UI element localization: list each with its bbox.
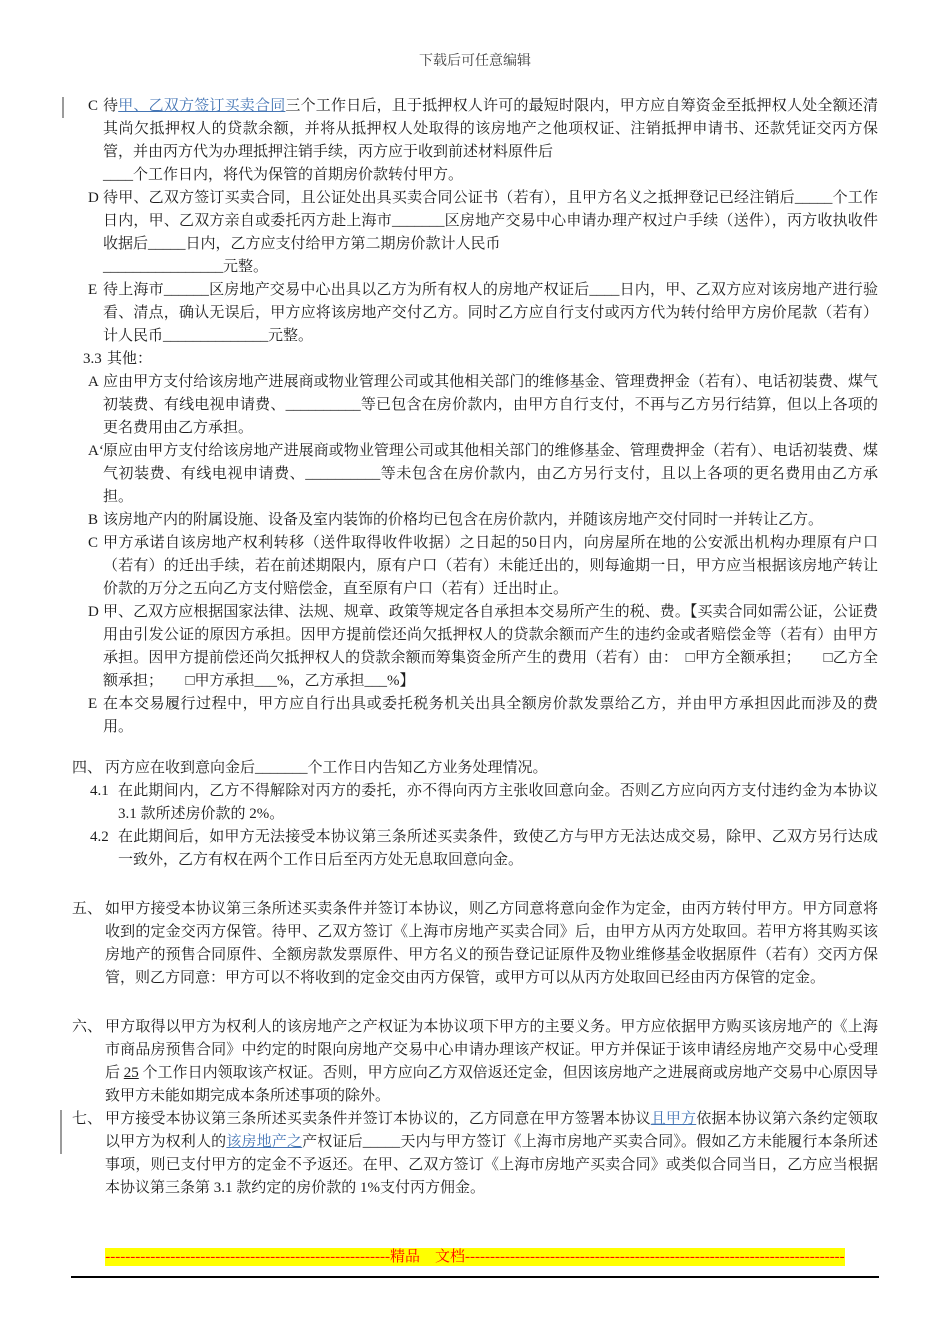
paragraph-part: ____个工作日内，将代为保管的首期房价款转付甲方。 [103,164,878,187]
clause-label: 4.1 [90,780,118,826]
section-7: 七、 甲方接受本协议第三条所述买卖条件并签订本协议的，乙方同意在甲方签署本协议且… [72,1108,878,1200]
section-label: 四、 [72,757,105,780]
clause-text: 待甲、乙双方签订买卖合同，且公证处出具买卖合同公证书（若有），且甲方名义之抵押登… [103,187,878,279]
clause-3-3-b: B 该房地产内的附属设施、设备及室内装饰的价格均已包含在房价款内，并随该房地产交… [88,509,878,532]
clause-label: 4.2 [90,826,118,872]
clause-4-1: 4.1 在此期间内，乙方不得解除对丙方的委托，亦不得向丙方主张收回意向金。否则乙… [90,780,878,826]
clause-label: C [88,95,103,187]
paragraph-part: 待甲、乙双方签订买卖合同三个工作日后，且于抵押权人许可的最短时限内，甲方应自筹资… [103,95,878,164]
text-run: 甲方承诺自该房地产权利转移（送件取得收件收据）之日起的50日内，向房屋所在地的公… [103,535,878,597]
section-text: 甲方接受本协议第三条所述买卖条件并签订本协议的，乙方同意在甲方签署本协议且甲方依… [105,1108,878,1200]
text-run: 如甲方接受本协议第三条所述买卖条件并签订本协议，则乙方同意将意向金作为定金，由丙… [105,901,878,986]
clause-3-3-heading: 3.3 其他： [83,348,878,371]
section-text: 丙方应在收到意向金后_______个工作日内告知乙方业务处理情况。 [105,757,878,780]
revision-bar [62,97,64,118]
document-content: C 待甲、乙双方签订买卖合同三个工作日后，且于抵押权人许可的最短时限内，甲方应自… [0,95,950,1200]
text-run: 在此期间内，乙方不得解除对丙方的委托，亦不得向丙方主张收回意向金。否则乙方应向丙… [118,783,878,822]
clause-label: E [88,693,103,739]
clause-text: 在此期间内，乙方不得解除对丙方的委托，亦不得向丙方主张收回意向金。否则乙方应向丙… [118,780,878,826]
revision-bar [60,1110,62,1154]
clause-3-2-d: D 待甲、乙双方签订买卖合同，且公证处出具买卖合同公证书（若有），且甲方名义之抵… [88,187,878,279]
clause-text: 原应由甲方支付给该房地产进展商或物业管理公司或其他相关部门的维修基金、管理费押金… [103,440,878,509]
section-4: 四、 丙方应在收到意向金后_______个工作日内告知乙方业务处理情况。 [72,757,878,780]
footer-dashes-left: ----------------------------------------… [105,1249,390,1265]
clause-label: B [88,509,103,532]
clause-3-2-e: E 待上海市______区房地产交易中心出具以乙方为所有权人的房地产权证后___… [88,279,878,348]
section-label: 五、 [72,898,105,990]
clause-label: 3.3 [83,348,107,371]
clause-text: 应由甲方支付给该房地产进展商或物业管理公司或其他相关部门的维修基金、管理费押金（… [103,371,878,440]
footer-dashes-right: ----------------------------------------… [465,1249,845,1265]
section-label: 七、 [72,1108,105,1200]
text-run: 原应由甲方支付给该房地产进展商或物业管理公司或其他相关部门的维修基金、管理费押金… [103,443,878,505]
section-label: 六、 [72,1016,105,1108]
section-5: 五、 如甲方接受本协议第三条所述买卖条件并签订本协议，则乙方同意将意向金作为定金… [72,898,878,990]
clause-label: E [88,279,103,348]
section-6: 六、 甲方取得以甲方为权利人的该房地产之产权证为本协议项下甲方的主要义务。甲方应… [72,1016,878,1108]
text-run-with-checkboxes: 甲、乙双方应根据国家法律、法规、规章、政策等规定各自承担本交易所产生的税、费。【… [103,604,878,689]
clause-3-3-d: D 甲、乙双方应根据国家法律、法规、规章、政策等规定各自承担本交易所产生的税、费… [88,601,878,693]
paragraph-part: ________________元整。 [103,256,878,279]
text-run: 应由甲方支付给该房地产进展商或物业管理公司或其他相关部门的维修基金、管理费押金（… [103,374,878,436]
text-run: 个工作日内领取该产权证。否则，甲方应向乙方双倍返还定金，但因该房地产之进展商或房… [105,1065,878,1104]
clause-3-3-c: C 甲方承诺自该房地产权利转移（送件取得收件收据）之日起的50日内，向房屋所在地… [88,532,878,601]
footer-label: 精品 文档 [390,1249,465,1265]
clause-label: D [88,601,103,693]
text-run: 待甲、乙双方签订买卖合同，且公证处出具买卖合同公证书（若有），且甲方名义之抵押登… [103,190,878,252]
clause-text: 待上海市______区房地产交易中心出具以乙方为所有权人的房地产权证后____日… [103,279,878,348]
clause-text: 在本交易履行过程中，甲方应自行出具或委托税务机关出具全额房价款发票给乙方，并由甲… [103,693,878,739]
clause-text: 该房地产内的附属设施、设备及室内装饰的价格均已包含在房价款内，并随该房地产交付同… [103,509,878,532]
text-run: 丙方应在收到意向金后_______个工作日内告知乙方业务处理情况。 [105,760,548,776]
clause-text: 待甲、乙双方签订买卖合同三个工作日后，且于抵押权人许可的最短时限内，甲方应自筹资… [103,95,878,187]
header-watermark: 下载后可任意编辑 [0,0,950,73]
inserted-text: 且甲方 [651,1111,696,1127]
clause-label: A [88,371,103,440]
clause-label: C [88,532,103,601]
text-run: 在本交易履行过程中，甲方应自行出具或委托税务机关出具全额房价款发票给乙方，并由甲… [103,696,878,735]
page-footer: ----------------------------------------… [0,1246,950,1268]
paragraph-part: 待甲、乙双方签订买卖合同，且公证处出具买卖合同公证书（若有），且甲方名义之抵押登… [103,187,878,256]
clause-text: 甲、乙双方应根据国家法律、法规、规章、政策等规定各自承担本交易所产生的税、费。【… [103,601,878,693]
text-run: 待上海市______区房地产交易中心出具以乙方为所有权人的房地产权证后____日… [103,282,878,344]
footer-rule [71,1276,879,1278]
underlined-text: 25 [124,1065,139,1081]
section-text: 甲方取得以甲方为权利人的该房地产之产权证为本协议项下甲方的主要义务。甲方应依据甲… [105,1016,878,1108]
inserted-text: 该房地产之 [226,1134,302,1150]
clause-3-3-a-alt: A‘ 原应由甲方支付给该房地产进展商或物业管理公司或其他相关部门的维修基金、管理… [88,440,878,509]
text-run: ________________元整。 [103,259,268,275]
clause-4-2: 4.2 在此期间后，如甲方无法接受本协议第三条所述买卖条件，致使乙方与甲方无法达… [90,826,878,872]
clause-3-2-c: C 待甲、乙双方签订买卖合同三个工作日后，且于抵押权人许可的最短时限内，甲方应自… [88,95,878,187]
text-run: 其他： [107,351,152,367]
text-run: 该房地产内的附属设施、设备及室内装饰的价格均已包含在房价款内，并随该房地产交付同… [103,512,823,528]
clause-label: D [88,187,103,279]
clause-label: A‘ [88,440,103,509]
inserted-text: 甲、乙双方签订买卖合同 [118,98,285,114]
clause-text: 在此期间后，如甲方无法接受本协议第三条所述买卖条件，致使乙方与甲方无法达成交易，… [118,826,878,872]
footer-highlight: ----------------------------------------… [105,1248,844,1266]
clause-text: 甲方承诺自该房地产权利转移（送件取得收件收据）之日起的50日内，向房屋所在地的公… [103,532,878,601]
clause-3-3-a: A 应由甲方支付给该房地产进展商或物业管理公司或其他相关部门的维修基金、管理费押… [88,371,878,440]
document-page: 下载后可任意编辑 C 待甲、乙双方签订买卖合同三个工作日后，且于抵押权人许可的最… [0,0,950,1344]
text-run: 待 [103,98,118,114]
clause-text: 其他： [107,348,878,371]
clause-3-3-e: E 在本交易履行过程中，甲方应自行出具或委托税务机关出具全额房价款发票给乙方，并… [88,693,878,739]
section-text: 如甲方接受本协议第三条所述买卖条件并签订本协议，则乙方同意将意向金作为定金，由丙… [105,898,878,990]
text-run: 在此期间后，如甲方无法接受本协议第三条所述买卖条件，致使乙方与甲方无法达成交易，… [118,829,878,868]
text-run: 甲方接受本协议第三条所述买卖条件并签订本协议的，乙方同意在甲方签署本协议 [105,1111,651,1127]
text-run: ____个工作日内，将代为保管的首期房价款转付甲方。 [103,167,463,183]
